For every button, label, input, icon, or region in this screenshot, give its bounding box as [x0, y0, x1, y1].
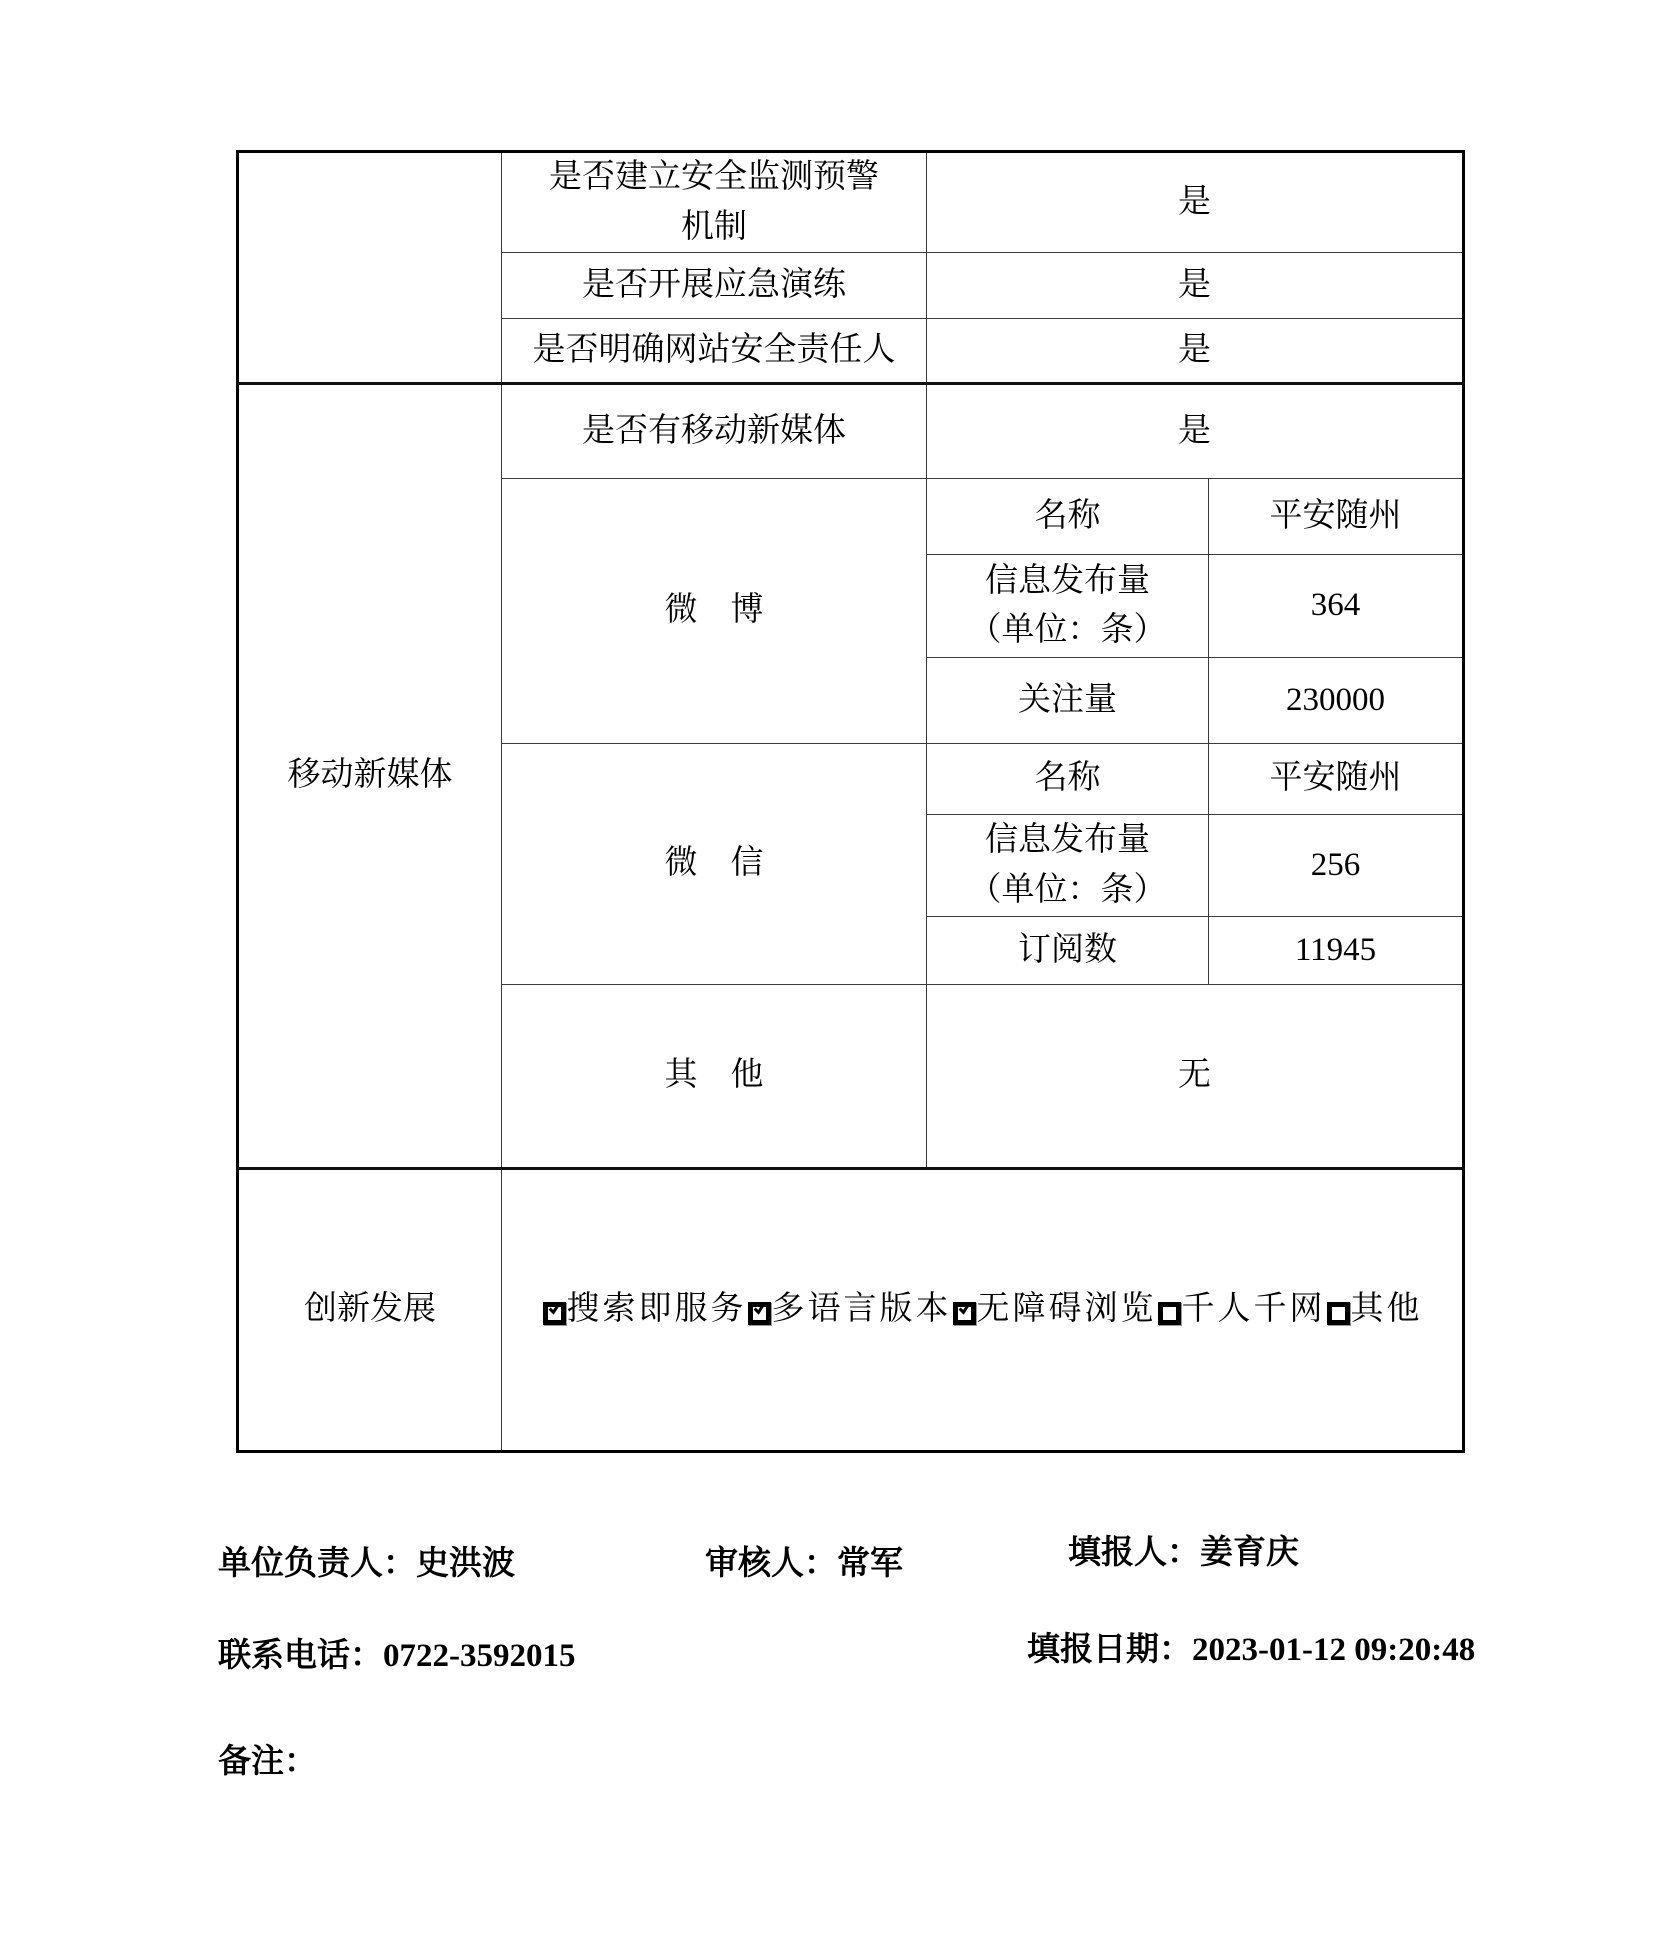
table-row: 创新发展 搜索即服务多语言版本无障碍浏览千人千网其他 [238, 1169, 1464, 1452]
wechat-name-label: 名称 [927, 744, 1209, 815]
wechat-name-value: 平安随州 [1209, 744, 1464, 815]
has-mobile-value: 是 [927, 384, 1464, 479]
mobile-media-section-label: 移动新媒体 [238, 384, 502, 1169]
checkbox-checked-icon [543, 1302, 566, 1325]
date-value: 2023-01-12 09:20:48 [1192, 1632, 1475, 1668]
innovation-option: 多语言版本 [747, 1291, 952, 1327]
footer-remarks: 备注： [218, 1735, 317, 1782]
security-q1-label: 是否建立安全监测预警 机制 [502, 152, 927, 253]
report-document-page: { "table": { "security": { "rows": [ { "… [0, 0, 1653, 1944]
innovation-option-label: 搜索即服务 [567, 1291, 747, 1327]
wechat-label: 微 信 [502, 744, 927, 985]
footer-reviewer: 审核人：常军 [705, 1537, 903, 1584]
footer-filler: 填报人：姜育庆 [1068, 1526, 1299, 1573]
weibo-posts-value: 364 [1209, 555, 1464, 658]
table-row: 是否建立安全监测预警 机制 是 [238, 152, 1464, 253]
innovation-option-label: 千人千网 [1182, 1291, 1326, 1327]
wechat-subscribers-label: 订阅数 [927, 917, 1209, 985]
weibo-label: 微 博 [502, 479, 927, 744]
security-q3-value: 是 [927, 319, 1464, 384]
wechat-subscribers-value: 11945 [1209, 917, 1464, 985]
responsible-label: 单位负责人： [218, 1546, 416, 1582]
footer-date: 填报日期：2023-01-12 09:20:48 [1027, 1623, 1475, 1670]
weibo-followers-label: 关注量 [927, 658, 1209, 744]
innovation-option-label: 无障碍浏览 [977, 1291, 1157, 1327]
weibo-name-label: 名称 [927, 479, 1209, 555]
checkbox-checked-icon [748, 1302, 771, 1325]
security-section-cell-empty [238, 152, 502, 384]
weibo-followers-value: 230000 [1209, 658, 1464, 744]
responsible-value: 史洪波 [416, 1546, 515, 1582]
annual-report-table: 是否建立安全监测预警 机制 是 是否开展应急演练 是 是否明确网站安全责任人 是… [236, 150, 1465, 1453]
other-media-value: 无 [927, 985, 1464, 1169]
weibo-posts-label: 信息发布量 （单位：条） [927, 555, 1209, 658]
footer-phone: 联系电话：0722-3592015 [218, 1629, 576, 1676]
security-q2-label: 是否开展应急演练 [502, 253, 927, 319]
checkbox-unchecked-icon [1158, 1302, 1181, 1325]
security-q2-value: 是 [927, 253, 1464, 319]
wechat-posts-label: 信息发布量 （单位：条） [927, 815, 1209, 917]
security-q3-label: 是否明确网站安全责任人 [502, 319, 927, 384]
innovation-option-label: 多语言版本 [772, 1291, 952, 1327]
reviewer-value: 常军 [837, 1546, 903, 1582]
date-label: 填报日期： [1027, 1632, 1192, 1668]
remarks-label: 备注： [218, 1744, 317, 1780]
has-mobile-label: 是否有移动新媒体 [502, 384, 927, 479]
filler-value: 姜育庆 [1200, 1535, 1299, 1571]
table-row: 移动新媒体 是否有移动新媒体 是 [238, 384, 1464, 479]
weibo-name-value: 平安随州 [1209, 479, 1464, 555]
innovation-option-label: 其他 [1351, 1291, 1423, 1327]
checkbox-checked-icon [953, 1302, 976, 1325]
innovation-option: 无障碍浏览 [952, 1291, 1157, 1327]
filler-label: 填报人： [1068, 1535, 1200, 1571]
other-media-label: 其 他 [502, 985, 927, 1169]
security-q1-value: 是 [927, 152, 1464, 253]
footer-responsible-person: 单位负责人：史洪波 [218, 1537, 515, 1584]
innovation-option: 千人千网 [1157, 1291, 1326, 1327]
innovation-option: 其他 [1326, 1291, 1423, 1327]
wechat-posts-value: 256 [1209, 815, 1464, 917]
innovation-section-label: 创新发展 [238, 1169, 502, 1452]
phone-value: 0722-3592015 [383, 1638, 576, 1674]
phone-label: 联系电话： [218, 1638, 383, 1674]
checkbox-unchecked-icon [1327, 1302, 1350, 1325]
innovation-options-cell: 搜索即服务多语言版本无障碍浏览千人千网其他 [502, 1169, 1464, 1452]
innovation-option: 搜索即服务 [542, 1291, 747, 1327]
reviewer-label: 审核人： [705, 1546, 837, 1582]
